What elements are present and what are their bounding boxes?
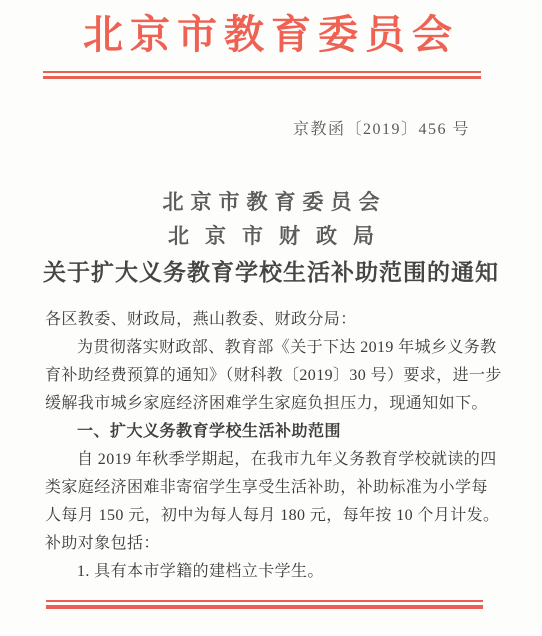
paragraph-subsidy-scope: 自 2019 年秋季学期起，在我市九年义务教育学校就读的四 类家庭经济困难非寄宿… [45,446,517,558]
document-body: 各区教委、财政局，燕山教委、财政分局： 为贯彻落实财政部、教育部《关于下达 20… [45,306,517,586]
title-issuer-1: 北京市教育委员会 [7,190,542,216]
title-issuer-2: 北京市财政局 [16,224,542,250]
document-reference-number: 京教函〔2019〕456 号 [293,116,470,139]
paragraph-intro: 为贯彻落实财政部、教育部《关于下达 2019 年城乡义务教 育补助经费预算的通知… [45,334,517,418]
letterhead-org-name: 北京市教育委员会 [0,9,542,61]
salutation: 各区教委、财政局，燕山教委、财政分局： [45,306,517,334]
document-page: 北京市教育委员会 京教函〔2019〕456 号 北京市教育委员会 北京市财政局 … [0,0,542,636]
document-title-block: 北京市教育委员会 北京市财政局 关于扩大义务教育学校生活补助范围的通知 [0,190,542,287]
section-1-heading: 一、扩大义务教育学校生活补助范围 [45,418,517,446]
list-item-1: 1. 具有本市学籍的建档立卡学生。 [45,558,517,586]
title-subject: 关于扩大义务教育学校生活补助范围的通知 [0,257,542,287]
letterhead-divider-rule [43,71,481,79]
footer-divider-rule [46,600,483,609]
